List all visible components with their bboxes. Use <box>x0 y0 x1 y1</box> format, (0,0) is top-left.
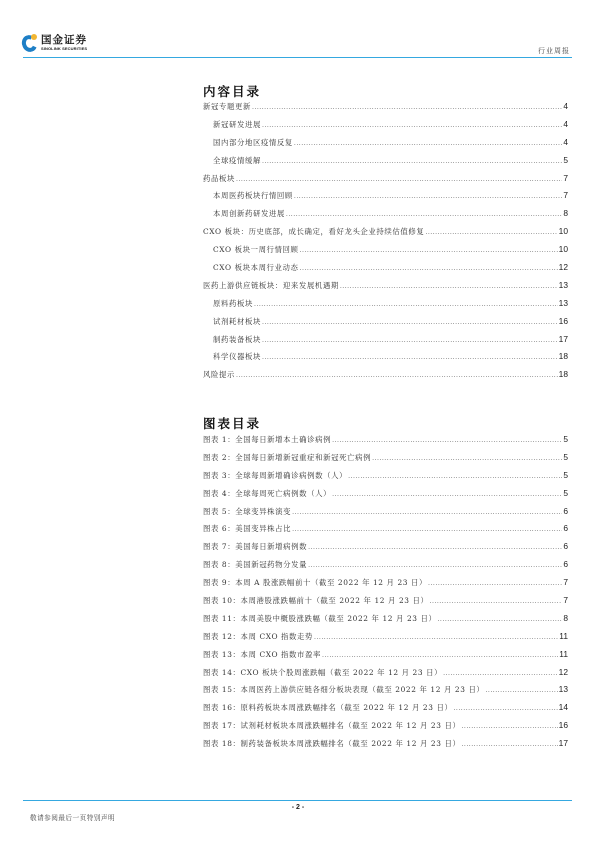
toc-entry-label: 药品板块 <box>203 173 235 184</box>
figure-entry-page: 6 <box>563 506 568 516</box>
toc-entry-label: 试剂耗材板块 <box>213 316 261 327</box>
figure-entry-label: 图表 16：原料药板块本周涨跌幅排名（截至 2022 年 12 月 23 日） <box>203 702 452 713</box>
toc-entry-page: 10 <box>559 226 568 236</box>
dot-leader <box>300 247 558 254</box>
toc-entry[interactable]: 制药装备板块17 <box>203 334 568 352</box>
figure-entry-label: 图表 2：全国每日新增新冠重症和新冠死亡病例 <box>203 452 371 463</box>
figure-entry[interactable]: 图表 8：美国新冠药物分发量6 <box>203 559 568 577</box>
toc-entry-page: 13 <box>559 298 568 308</box>
footer-divider <box>23 800 572 801</box>
toc-entry[interactable]: 新冠研发进展4 <box>203 119 568 137</box>
figure-entry-page: 6 <box>563 523 568 533</box>
dot-leader <box>332 437 562 444</box>
toc-entry-page: 16 <box>559 316 568 326</box>
figure-entry-page: 7 <box>563 595 568 605</box>
toc-entry-label: CXO 板块本周行业动态 <box>213 262 299 273</box>
toc-entry[interactable]: CXO 板块一周行情回顾10 <box>203 244 568 262</box>
dot-leader <box>262 354 558 361</box>
figure-entry-page: 13 <box>559 684 568 694</box>
toc-entry-label: CXO 板块：历史底部，成长确定，看好龙头企业持续估值修复 <box>203 226 424 237</box>
toc-entry[interactable]: 国内部分地区疫情反复4 <box>203 137 568 155</box>
toc-entry-label: 新冠研发进展 <box>213 119 261 130</box>
figure-entry-label: 图表 7：美国每日新增病例数 <box>203 541 307 552</box>
toc-entry-label: 原料药板块 <box>213 298 253 309</box>
dot-leader <box>236 372 558 379</box>
dot-leader <box>262 337 558 344</box>
figure-entry[interactable]: 图表 2：全国每日新增新冠重症和新冠死亡病例5 <box>203 452 568 470</box>
dot-leader <box>425 229 557 236</box>
figure-entry[interactable]: 图表 18：制药装备板块本周涨跌幅排名（截至 2022 年 12 月 23 日）… <box>203 738 568 756</box>
toc-title: 内容目录 <box>203 82 261 100</box>
toc-entry-label: 全球疫情缓解 <box>213 155 261 166</box>
dot-leader <box>461 741 557 748</box>
figure-entry-page: 5 <box>563 488 568 498</box>
toc-entry-label: 科学仪器板块 <box>213 351 261 362</box>
company-logo: 国金证券 SINOLINK SECURITIES <box>22 34 87 52</box>
figure-entry-page: 6 <box>563 559 568 569</box>
toc-entry-page: 4 <box>563 119 568 129</box>
toc-entry-page: 12 <box>559 262 568 272</box>
dot-leader <box>254 301 558 308</box>
figures-title: 图表目录 <box>203 414 261 432</box>
figure-entry-page: 8 <box>563 613 568 623</box>
page-number: - 2 - <box>0 804 596 811</box>
figure-entry[interactable]: 图表 1：全国每日新增本土确诊病例5 <box>203 434 568 452</box>
figure-entry-page: 11 <box>559 631 568 641</box>
figure-entry-page: 5 <box>563 452 568 462</box>
figure-entry[interactable]: 图表 13：本周 CXO 指数市盈率11 <box>203 649 568 667</box>
dot-leader <box>294 193 562 200</box>
toc-entry-label: 国内部分地区疫情反复 <box>213 137 293 148</box>
toc-entry-page: 17 <box>559 334 568 344</box>
dot-leader <box>308 544 562 551</box>
figure-entry-page: 5 <box>563 434 568 444</box>
header-divider <box>23 57 572 58</box>
dot-leader <box>286 211 562 218</box>
toc-entry-page: 4 <box>563 101 568 111</box>
figure-entry-page: 11 <box>559 649 568 659</box>
figure-entry[interactable]: 图表 6：美国变异株占比6 <box>203 523 568 541</box>
dot-leader <box>485 687 557 694</box>
figure-entry-page: 12 <box>559 667 568 677</box>
logo-chinese-name: 国金证券 <box>41 35 87 46</box>
dot-leader <box>340 283 558 290</box>
dot-leader <box>453 705 557 712</box>
toc-entry-page: 5 <box>563 155 568 165</box>
dot-leader <box>300 265 558 272</box>
figure-entry[interactable]: 图表 3：全球每周新增确诊病例数（人）5 <box>203 470 568 488</box>
dot-leader <box>294 140 562 147</box>
figure-entry-page: 5 <box>563 470 568 480</box>
toc-entry-page: 18 <box>559 369 568 379</box>
figure-entry[interactable]: 图表 16：原料药板块本周涨跌幅排名（截至 2022 年 12 月 23 日）1… <box>203 702 568 720</box>
figure-entry[interactable]: 图表 14：CXO 板块个股周涨跌幅（截至 2022 年 12 月 23 日）1… <box>203 667 568 685</box>
dot-leader <box>348 473 562 480</box>
figure-entry[interactable]: 图表 11：本周美股中概股涨跌幅（截至 2022 年 12 月 23 日）8 <box>203 613 568 631</box>
figure-entry-label: 图表 6：美国变异株占比 <box>203 523 291 534</box>
toc-entry[interactable]: 科学仪器板块18 <box>203 351 568 369</box>
figure-entry[interactable]: 图表 12：本周 CXO 指数走势11 <box>203 631 568 649</box>
dot-leader <box>443 670 558 677</box>
figure-entry[interactable]: 图表 10：本周港股涨跌幅前十（截至 2022 年 12 月 23 日）7 <box>203 595 568 613</box>
figure-entry[interactable]: 图表 7：美国每日新增病例数6 <box>203 541 568 559</box>
dot-leader <box>314 634 558 641</box>
dot-leader <box>262 122 562 129</box>
figure-entry[interactable]: 图表 4：全球每周死亡病例数（人）5 <box>203 488 568 506</box>
dot-leader <box>372 455 562 462</box>
figure-entry-label: 图表 3：全球每周新增确诊病例数（人） <box>203 470 347 481</box>
figure-entry-page: 14 <box>559 702 568 712</box>
figure-entry[interactable]: 图表 17：试剂耗材板块本周涨跌幅排名（截至 2022 年 12 月 23 日）… <box>203 720 568 738</box>
toc-entry-label: 本周医药板块行情回顾 <box>213 190 293 201</box>
dot-leader <box>292 509 562 516</box>
dot-leader <box>461 723 557 730</box>
figure-entry-label: 图表 18：制药装备板块本周涨跌幅排名（截至 2022 年 12 月 23 日） <box>203 738 460 749</box>
figure-entry-label: 图表 13：本周 CXO 指数市盈率 <box>203 649 321 660</box>
dot-leader <box>428 580 562 587</box>
figure-entry-page: 7 <box>563 577 568 587</box>
figures-list: 图表 1：全国每日新增本土确诊病例5图表 2：全国每日新增新冠重症和新冠死亡病例… <box>203 434 568 756</box>
figure-entry-label: 图表 8：美国新冠药物分发量 <box>203 559 307 570</box>
dot-leader <box>292 526 562 533</box>
dot-leader <box>236 176 562 183</box>
toc-entry[interactable]: 原料药板块13 <box>203 298 568 316</box>
toc-entry-page: 7 <box>563 173 568 183</box>
figure-entry-label: 图表 1：全国每日新增本土确诊病例 <box>203 434 331 445</box>
toc-entry[interactable]: CXO 板块：历史底部，成长确定，看好龙头企业持续估值修复10 <box>203 226 568 244</box>
figure-entry-label: 图表 12：本周 CXO 指数走势 <box>203 631 313 642</box>
toc-entry-page: 4 <box>563 137 568 147</box>
toc-entry-label: CXO 板块一周行情回顾 <box>213 244 299 255</box>
toc-entry[interactable]: 全球疫情缓解5 <box>203 155 568 173</box>
toc-entry[interactable]: CXO 板块本周行业动态12 <box>203 262 568 280</box>
report-type: 行业周报 <box>538 46 570 56</box>
disclaimer-note: 敬请参阅最后一页特别声明 <box>30 812 115 822</box>
figure-entry-page: 17 <box>559 738 568 748</box>
toc-entry[interactable]: 风险提示18 <box>203 369 568 387</box>
figure-entry-label: 图表 17：试剂耗材板块本周涨跌幅排名（截至 2022 年 12 月 23 日） <box>203 720 460 731</box>
dot-leader <box>322 652 558 659</box>
dot-leader <box>308 562 562 569</box>
toc-entry[interactable]: 医药上游供应链板块：迎来发展机遇期13 <box>203 280 568 298</box>
figure-entry-label: 图表 4：全球每周死亡病例数（人） <box>203 488 331 499</box>
dot-leader <box>430 598 563 605</box>
toc-entry-page: 10 <box>559 244 568 254</box>
figure-entry-label: 图表 9：本周 A 股涨跌幅前十（截至 2022 年 12 月 23 日） <box>203 577 427 588</box>
toc-entry-label: 本周创新药研发进展 <box>213 208 285 219</box>
figure-entry-label: 图表 11：本周美股中概股涨跌幅（截至 2022 年 12 月 23 日） <box>203 613 436 624</box>
toc-entry-page: 8 <box>563 208 568 218</box>
dot-leader <box>262 158 562 165</box>
logo-english-name: SINOLINK SECURITIES <box>41 47 87 51</box>
toc-entry[interactable]: 本周医药板块行情回顾7 <box>203 190 568 208</box>
logo-icon <box>22 34 37 52</box>
toc-entry[interactable]: 新冠专题更新4 <box>203 101 568 119</box>
toc-entry-page: 7 <box>563 190 568 200</box>
toc-entry-label: 制药装备板块 <box>213 334 261 345</box>
toc-entry-label: 风险提示 <box>203 369 235 380</box>
toc-entry-label: 医药上游供应链板块：迎来发展机遇期 <box>203 280 339 291</box>
figure-entry-label: 图表 5：全球变异株演变 <box>203 506 291 517</box>
figure-entry-label: 图表 10：本周港股涨跌幅前十（截至 2022 年 12 月 23 日） <box>203 595 429 606</box>
toc-entry-label: 新冠专题更新 <box>203 101 251 112</box>
figure-entry-label: 图表 14：CXO 板块个股周涨跌幅（截至 2022 年 12 月 23 日） <box>203 667 442 678</box>
toc-entry-page: 13 <box>559 280 568 290</box>
page-header: 国金证券 SINOLINK SECURITIES 行业周报 <box>0 0 596 60</box>
dot-leader <box>252 104 562 111</box>
dot-leader <box>262 319 558 326</box>
figure-entry[interactable]: 图表 15：本周医药上游供应链各细分板块表现（截至 2022 年 12 月 23… <box>203 684 568 702</box>
toc-entry[interactable]: 药品板块7 <box>203 173 568 191</box>
figure-entry-page: 16 <box>559 720 568 730</box>
figure-entry-page: 6 <box>563 541 568 551</box>
figure-entry[interactable]: 图表 5：全球变异株演变6 <box>203 506 568 524</box>
toc-entry[interactable]: 本周创新药研发进展8 <box>203 208 568 226</box>
toc-entry-page: 18 <box>559 351 568 361</box>
dot-leader <box>437 616 562 623</box>
toc-entry[interactable]: 试剂耗材板块16 <box>203 316 568 334</box>
contents-list: 新冠专题更新4新冠研发进展4国内部分地区疫情反复4全球疫情缓解5药品板块7本周医… <box>203 101 568 387</box>
figure-entry-label: 图表 15：本周医药上游供应链各细分板块表现（截至 2022 年 12 月 23… <box>203 684 484 695</box>
figure-entry[interactable]: 图表 9：本周 A 股涨跌幅前十（截至 2022 年 12 月 23 日）7 <box>203 577 568 595</box>
dot-leader <box>332 491 562 498</box>
